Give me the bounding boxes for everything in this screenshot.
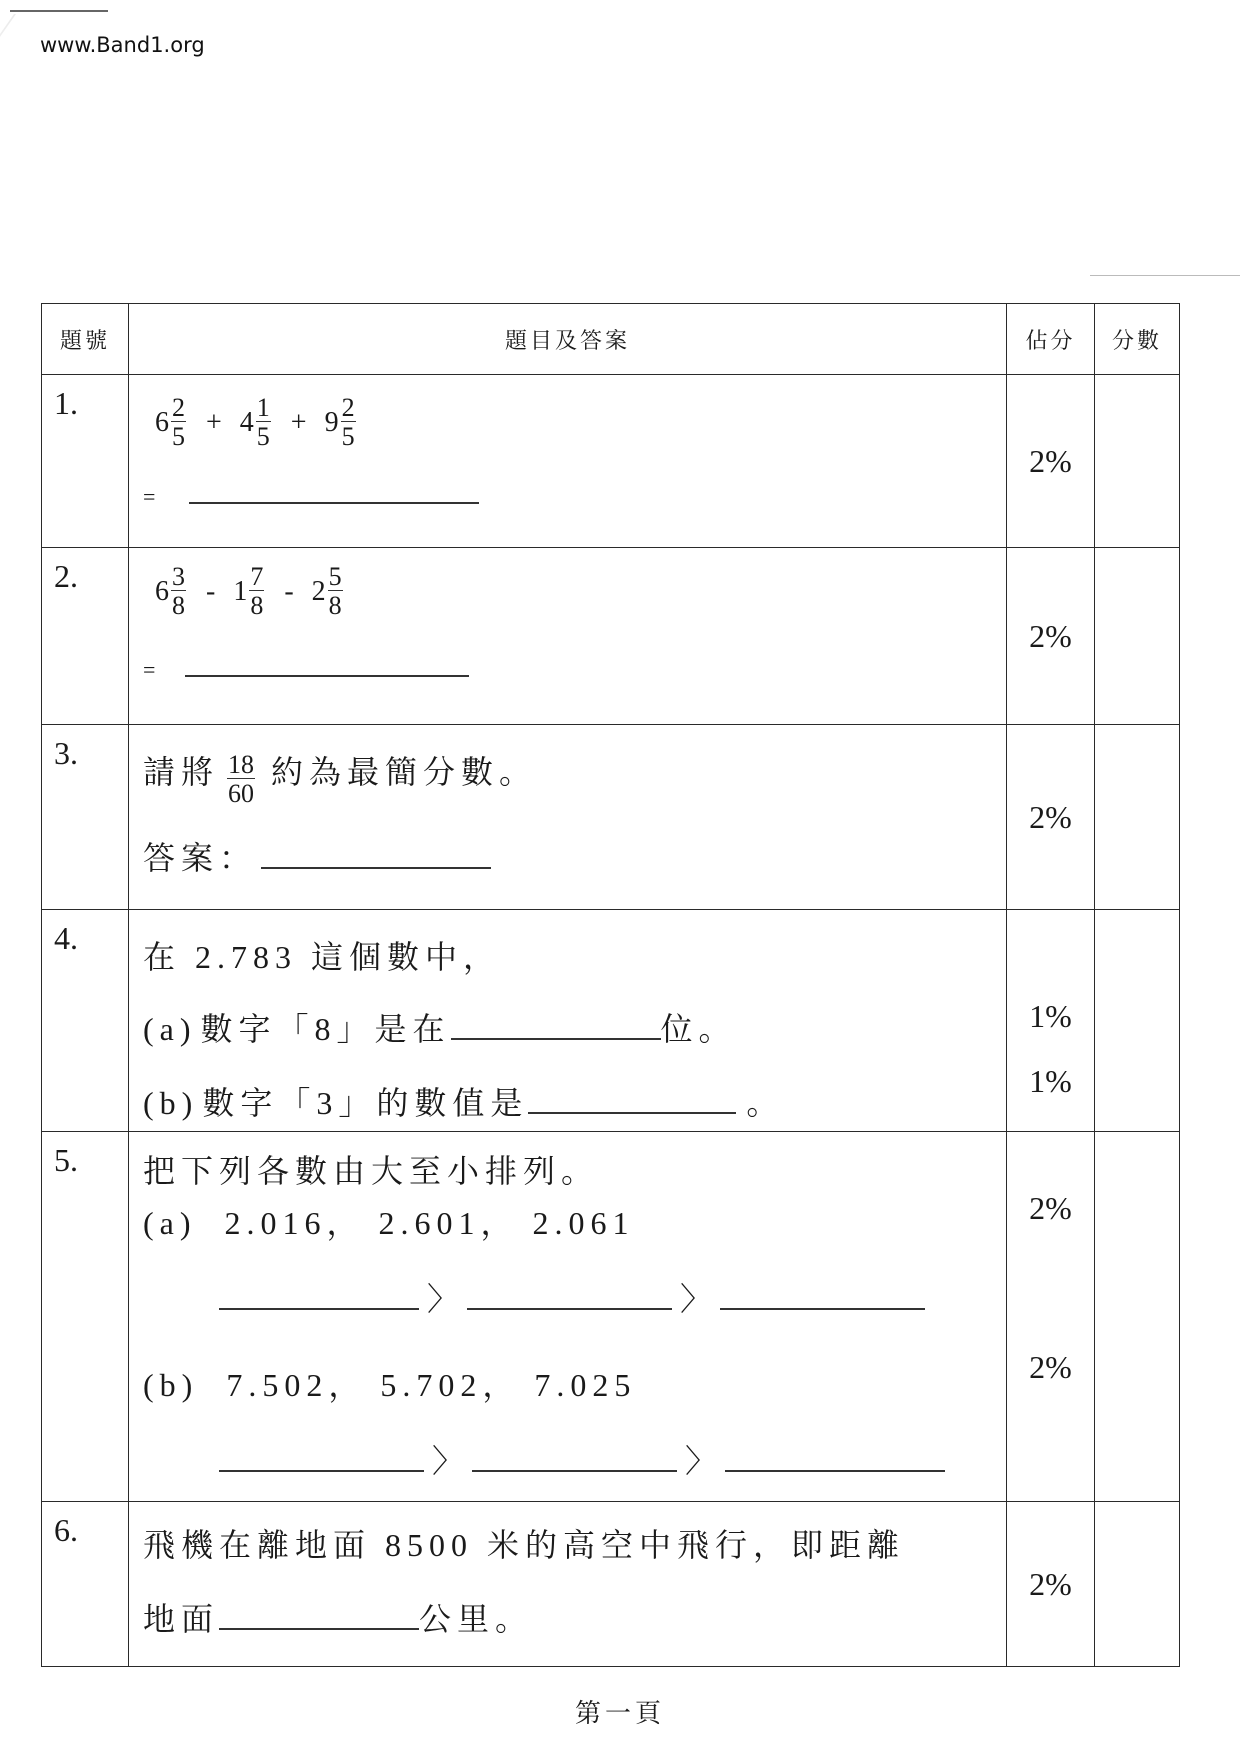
page-number: 第一頁 (0, 1693, 1240, 1730)
header-estimate: 佔分 (1007, 304, 1095, 375)
mixed-number: 415 (240, 395, 273, 450)
marks: 2% (1007, 548, 1095, 725)
operator: + (291, 407, 307, 438)
sub-question-b: (b) 數字「3」的數值是。 (129, 1050, 1006, 1124)
sub-question-a: (a) 數字「8」是在位。 (129, 978, 1006, 1050)
header-question: 題目及答案 (129, 304, 1007, 375)
answer-blank[interactable] (189, 502, 479, 504)
answer-blank[interactable] (451, 1038, 661, 1040)
question-intro: 在 2.783 這個數中， (129, 910, 1006, 978)
question-prompt: 請將 1860 約為最簡分數。 (129, 725, 1006, 807)
score-cell[interactable] (1095, 1502, 1180, 1667)
answer-blank[interactable] (467, 1308, 672, 1310)
question-cell: 把下列各數由大至小排列。 (a) 2.016， 2.601， 2.061 〉〉 … (129, 1132, 1007, 1502)
header-score: 分數 (1095, 304, 1180, 375)
question-number: 5. (42, 1132, 129, 1502)
mixed-number: 638 (155, 564, 188, 619)
marks: 1% (1007, 910, 1094, 1035)
ordering-blanks-a: 〉〉 (129, 1244, 1006, 1320)
watermark-url: www.Band1.org (40, 33, 205, 57)
question-number: 6. (42, 1502, 129, 1667)
marks: 2% (1007, 1502, 1095, 1667)
question-row-2: 2. 638 - 178 - 258 = 2% (42, 548, 1180, 725)
question-line-1: 飛機在離地面 8500 米的高空中飛行，即距離 (129, 1502, 1006, 1566)
scan-fold-shadow (0, 14, 16, 134)
question-number: 1. (42, 375, 129, 548)
equals-sign: = (143, 484, 155, 509)
mixed-number: 625 (155, 395, 188, 450)
answer-blank[interactable] (528, 1112, 736, 1114)
answer-line-row: = (129, 450, 1006, 510)
score-cell[interactable] (1095, 375, 1180, 548)
question-row-1: 1. 625 + 415 + 925 = 2% (42, 375, 1180, 548)
answer-blank[interactable] (472, 1470, 677, 1472)
marks-cell: 2% 2% (1007, 1132, 1095, 1502)
score-cell[interactable] (1095, 1132, 1180, 1502)
answer-blank[interactable] (185, 675, 469, 677)
score-cell[interactable] (1095, 725, 1180, 910)
marks: 2% (1007, 1227, 1094, 1386)
question-cell: 飛機在離地面 8500 米的高空中飛行，即距離 地面公里。 (129, 1502, 1007, 1667)
table-header-row: 題號 題目及答案 佔分 分數 (42, 304, 1180, 375)
answer-blank[interactable] (219, 1470, 424, 1472)
question-intro: 把下列各數由大至小排列。 (129, 1132, 1006, 1192)
answer-blank[interactable] (219, 1308, 419, 1310)
mixed-number: 178 (233, 564, 266, 619)
answer-label: 答案： (143, 840, 257, 876)
scan-edge-line (1090, 275, 1240, 276)
answer-blank[interactable] (725, 1470, 945, 1472)
question-number: 3. (42, 725, 129, 910)
score-cell[interactable] (1095, 910, 1180, 1132)
question-row-6: 6. 飛機在離地面 8500 米的高空中飛行，即距離 地面公里。 2% (42, 1502, 1180, 1667)
operator: - (206, 576, 215, 607)
marks: 2% (1007, 375, 1095, 548)
question-row-5: 5. 把下列各數由大至小排列。 (a) 2.016， 2.601， 2.061 … (42, 1132, 1180, 1502)
question-cell: 請將 1860 約為最簡分數。 答案： (129, 725, 1007, 910)
ordering-blanks-b: 〉〉 (129, 1406, 1006, 1482)
sub-question-a: (a) 2.016， 2.601， 2.061 (129, 1192, 1006, 1244)
answer-line-row: 答案： (129, 807, 1006, 879)
question-cell: 638 - 178 - 258 = (129, 548, 1007, 725)
question-cell: 625 + 415 + 925 = (129, 375, 1007, 548)
fraction: 1860 (227, 752, 255, 807)
operator: - (284, 576, 293, 607)
exam-table: 題號 題目及答案 佔分 分數 1. 625 + 415 + 925 = 2% 2… (41, 303, 1180, 1667)
equals-sign: = (143, 657, 155, 682)
question-number: 4. (42, 910, 129, 1132)
marks: 2% (1007, 725, 1095, 910)
scan-corner-mark (10, 10, 108, 12)
question-row-4: 4. 在 2.783 這個數中， (a) 數字「8」是在位。 (b) 數字「3」… (42, 910, 1180, 1132)
question-number: 2. (42, 548, 129, 725)
header-number: 題號 (42, 304, 129, 375)
question-row-3: 3. 請將 1860 約為最簡分數。 答案： 2% (42, 725, 1180, 910)
marks: 2% (1007, 1132, 1094, 1227)
sub-question-b: (b) 7.502， 5.702， 7.025 (129, 1320, 1006, 1406)
expression: 638 - 178 - 258 (129, 548, 1006, 619)
mixed-number: 925 (325, 395, 358, 450)
question-line-2: 地面公里。 (129, 1566, 1006, 1640)
score-cell[interactable] (1095, 548, 1180, 725)
question-cell: 在 2.783 這個數中， (a) 數字「8」是在位。 (b) 數字「3」的數值… (129, 910, 1007, 1132)
answer-blank[interactable] (720, 1308, 925, 1310)
answer-line-row: = (129, 619, 1006, 683)
marks: 1% (1007, 1035, 1094, 1100)
answer-blank[interactable] (261, 867, 491, 869)
operator: + (206, 407, 222, 438)
marks-cell: 1% 1% (1007, 910, 1095, 1132)
expression: 625 + 415 + 925 (129, 375, 1006, 450)
mixed-number: 258 (312, 564, 345, 619)
answer-blank[interactable] (219, 1628, 419, 1630)
